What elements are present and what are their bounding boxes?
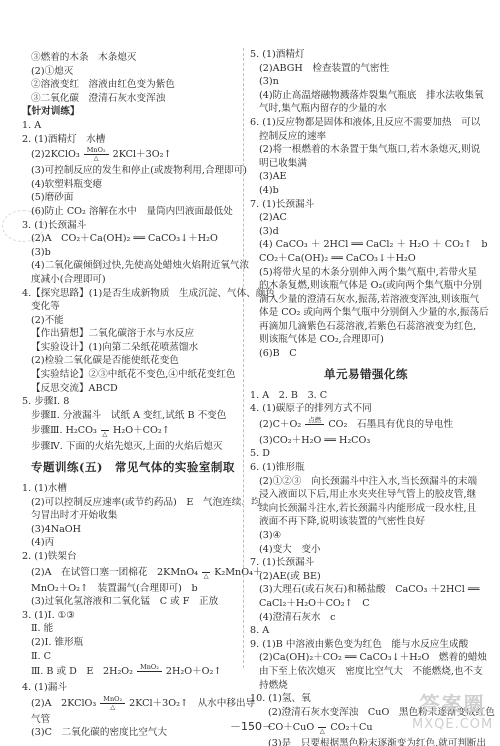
answer-line: (3)AE bbox=[250, 170, 482, 184]
reaction-condition: MnO₂ bbox=[137, 664, 162, 679]
answer-line: 4. (1)漏斗 bbox=[22, 681, 244, 695]
answer-line: (6)防止 CO₂ 溶解在水中 量筒内凹液面最低处 bbox=[22, 205, 244, 219]
answer-line: (2)将一根燃着的木条置于集气瓶口,若木条熄灭,则说 bbox=[250, 143, 482, 157]
answer-line: (4)丙 bbox=[22, 536, 244, 550]
page-number: －150－ bbox=[230, 718, 273, 734]
answer-line: 5. (1)酒精灯 bbox=[250, 48, 482, 62]
answer-line: (4)变大 变小 bbox=[250, 543, 482, 557]
answer-line: (5)将带火星的木条分别伸入两个集气瓶中,若带火星 bbox=[250, 266, 482, 280]
answer-line: (3)4NaOH bbox=[22, 523, 244, 537]
answer-line: 【作出猜想】二氧化碳溶于水与水反应 bbox=[22, 327, 244, 341]
answer-line: (2)Ca(OH)₂＋CO₂ ══ CaCO₃↓＋H₂O 燃着的蜡烛 bbox=[250, 651, 482, 665]
answer-line: (3)过氧化氢溶液和二氧化锰 C 或 F 正放 bbox=[22, 595, 244, 609]
answer-line: 4. (1)碳原子的排列方式不同 bbox=[250, 402, 482, 416]
reaction-condition: △ bbox=[318, 720, 326, 735]
answer-line: 的木条复燃,则该瓶气体是 O₂(或向两个集气瓶中分别 bbox=[250, 279, 482, 293]
answer-line: 【实验设计】(1)向第二朵纸花喷蒸馏水 bbox=[22, 341, 244, 355]
answer-line: ③燃着的木条 木条熄灭 bbox=[22, 51, 244, 65]
watermark: 答案圈 MXQE.COM bbox=[412, 688, 493, 732]
answer-line: 步骤Ⅳ. 下面的火焰先熄灭,上面的火焰后熄灭 bbox=[22, 440, 244, 454]
answer-line: CaCl₂＋H₂O＋CO₂↑ C bbox=[250, 597, 482, 611]
answer-line: (3)d bbox=[250, 225, 482, 239]
answer-line: 浸入液面以下后,用止水夹夹住导气管上的胶皮管,继 bbox=[250, 488, 482, 502]
answer-line: 明已收集满 bbox=[250, 157, 482, 171]
answer-line: 7. (1)长颈漏斗 bbox=[250, 198, 482, 212]
answer-line: (4)b bbox=[250, 184, 482, 198]
answer-line: (3)n bbox=[250, 75, 482, 89]
answer-line: (2)可以控制反应速率(或节约药品) E 气泡连续、均 bbox=[22, 496, 244, 510]
answer-line: 则该瓶气体是 CO₂,合理即可) bbox=[250, 333, 482, 347]
answer-line: (2)AE(或 BE) bbox=[250, 570, 482, 584]
answer-line: 变化等 bbox=[22, 300, 244, 314]
answer-line: (2)A CO₂＋Ca(OH)₂ ══ CaCO₃↓＋H₂O bbox=[22, 232, 244, 246]
right-column: 5. (1)酒精灯(2)ABGH 检查装置的气密性(3)n(4)防止高温熔融物溅… bbox=[243, 48, 482, 668]
answer-line: (5)磨砂面 bbox=[22, 191, 244, 205]
answer-line: ②溶液变红 溶液由红色变为紫色 bbox=[22, 78, 244, 92]
answer-line: Ⅱ. 能 bbox=[22, 622, 244, 636]
answer-line: 2. (1)铁架台 bbox=[22, 550, 244, 564]
answer-line: (3)可控制反应的发生和停止(或废物利用,合理即可) bbox=[22, 164, 244, 178]
answer-line: 2. (1)酒精灯 水槽 bbox=[22, 133, 244, 147]
answer-line: 【实验结论】②③中纸花不变色,④中纸花变红色 bbox=[22, 368, 244, 382]
answer-line: (3)CO₂＋H₂O ══ H₂CO₃ bbox=[250, 434, 482, 448]
answer-line: Ⅱ. C bbox=[22, 650, 244, 664]
answer-line: 匀冒出时才开始收集 bbox=[22, 509, 244, 523]
answer-line: (2)AC bbox=[250, 211, 482, 225]
left-column: ③燃着的木条 木条熄灭(2)①熄灭②溶液变红 溶液由红色变为紫色③二氧化碳 澄清… bbox=[22, 51, 244, 740]
reaction-condition: △ bbox=[101, 423, 109, 438]
answer-line: 1. A bbox=[22, 119, 244, 133]
answer-line: 滴入少量的澄清石灰水,振荡,若溶液变浑浊,则该瓶气 bbox=[250, 293, 482, 307]
answer-line: 续向长颈漏斗注水,若长颈漏斗内能形成一段水柱,且 bbox=[250, 502, 482, 516]
answer-line: 7. (1)长颈漏斗 bbox=[250, 556, 482, 570]
answer-line: 1. (1)水槽 bbox=[22, 482, 244, 496]
watermark-logo-text: 答案圈 bbox=[412, 688, 493, 717]
answer-line: 1. A 2. B 3. C bbox=[250, 389, 482, 403]
answer-line: (2)①熄灭 bbox=[22, 65, 244, 79]
answer-line: 液面不再下降,说明该装置的气密性良好 bbox=[250, 515, 482, 529]
answer-line: 气管 bbox=[22, 713, 244, 727]
answer-line: 体是 CO₂ 或向两个集气瓶中分别倒入少量的水,振荡后 bbox=[250, 306, 482, 320]
answer-line: (4)软塑料瓶变瘪 bbox=[22, 178, 244, 192]
reaction-condition: MnO₂△ bbox=[100, 696, 125, 711]
answer-line: (4) CaCO₃ ＋ 2HCl ══ CaCl₂ ＋ H₂O ＋ CO₂↑ b bbox=[250, 238, 482, 252]
answer-line: 步骤Ⅲ. H₂CO₃ △ H₂O＋CO₂↑ bbox=[22, 422, 244, 440]
answer-line: Ⅲ. B 或 D E 2H₂O₂ MnO₂ 2H₂O＋O₂↑ bbox=[22, 663, 244, 681]
answer-line: 8. A bbox=[250, 624, 482, 638]
answer-line: (2)C＋O₂ 点燃 CO₂ 石墨具有优良的导电性 bbox=[250, 416, 482, 434]
answer-line: (2)A 在试管口塞一团棉花 2KMnO₄ △ K₂MnO₄＋ bbox=[22, 564, 244, 582]
answer-line: 由下至上依次熄灭 密度比空气大 不能燃烧,也不支 bbox=[250, 665, 482, 679]
answer-line: 步骤Ⅱ. 分液漏斗 试纸 A 变红,试纸 B 不变色 bbox=[22, 409, 244, 423]
answer-line: 6. (1)锥形瓶 bbox=[250, 461, 482, 475]
answer-line: (3)是 只要根据黑色粉末逐渐变为红色,就可判断出 bbox=[250, 737, 482, 746]
answer-line: ③二氧化碳 澄清石灰水变浑浊 bbox=[22, 92, 244, 106]
answer-line: (4)澄清石灰水 c bbox=[250, 611, 482, 625]
answer-line: (3)④ bbox=[250, 529, 482, 543]
answer-line: 6. (1)反应物都是固体和液体,且反应不需要加热 可以 bbox=[250, 116, 482, 130]
answer-line: (2)不能 bbox=[22, 314, 244, 328]
reaction-condition: 点燃 bbox=[305, 417, 324, 432]
section-title: 单元易错强化练 bbox=[250, 366, 482, 382]
answer-line: MnO₂＋O₂↑ 装置漏气(合理即可) b bbox=[22, 582, 244, 596]
answer-line: (2)①②③ 向长颈漏斗中注入水,当长颈漏斗的末端 bbox=[250, 475, 482, 489]
reaction-condition: MnO₂△ bbox=[84, 147, 109, 162]
watermark-url: MXQE.COM bbox=[412, 717, 493, 732]
answer-line: 3. (1)长颈漏斗 bbox=[22, 219, 244, 233]
answer-line: (4)防止高温熔融物溅落炸裂集气瓶底 排水法收集氧 bbox=[250, 89, 482, 103]
answer-line: (3)C 二氧化碳的密度比空气大 bbox=[22, 726, 244, 740]
section-title: 专题训练(五) 常见气体的实验室制取 bbox=[22, 459, 244, 475]
answer-line: (2)Ⅰ. 锥形瓶 bbox=[22, 636, 244, 650]
answer-line: 4.【探究思路】(1)是否生成新物质 生成沉淀、气体、颜色 bbox=[22, 287, 244, 301]
answer-line: 5. D bbox=[250, 447, 482, 461]
answer-line: CO₂＋Ca(OH)₂ ══ CaCO₃↓＋H₂O bbox=[250, 252, 482, 266]
answer-line: (3)大理石(或石灰石)和稀盐酸 CaCO₃ ＋2HCl ══ bbox=[250, 583, 482, 597]
answer-line: 【反思交流】ABCD bbox=[22, 382, 244, 396]
answer-line: (2)A 2KClO₃ MnO₂△ 2KCl＋3O₂↑ 从水中移出导 bbox=[22, 695, 244, 713]
answer-line: (6)B C bbox=[250, 347, 482, 361]
reaction-condition: △ bbox=[202, 565, 210, 580]
answer-line: (2)检验二氧化碳是否能使纸花变色 bbox=[22, 354, 244, 368]
answer-line: (2)ABGH 检查装置的气密性 bbox=[250, 62, 482, 76]
answer-line: (2)2KClO₃ MnO₂△ 2KCl＋3O₂↑ bbox=[22, 146, 244, 164]
answer-line: 气时,集气瓶内留存的少量的水 bbox=[250, 102, 482, 116]
answer-line: 再滴加几滴紫色石蕊溶液,若紫色石蕊溶液变为红色, bbox=[250, 320, 482, 334]
answer-line: 控制反应的速率 bbox=[250, 130, 482, 144]
answer-line: 9. (1)B 中溶液由紫色变为红色 能与水反应生成酸 bbox=[250, 638, 482, 652]
section-heading: 【针对训练】 bbox=[22, 105, 244, 119]
answer-line: (4)二氧化碳倾倒过快,先使高处蜡烛火焰附近氧气浓 bbox=[22, 259, 244, 273]
answer-line: 3. (1)Ⅰ. ①③ bbox=[22, 609, 244, 623]
answer-line: 度减小(合理即可) bbox=[22, 273, 244, 287]
answer-line: 5. 步骤Ⅰ. 8 bbox=[22, 395, 244, 409]
answer-line: (3)b bbox=[22, 246, 244, 260]
